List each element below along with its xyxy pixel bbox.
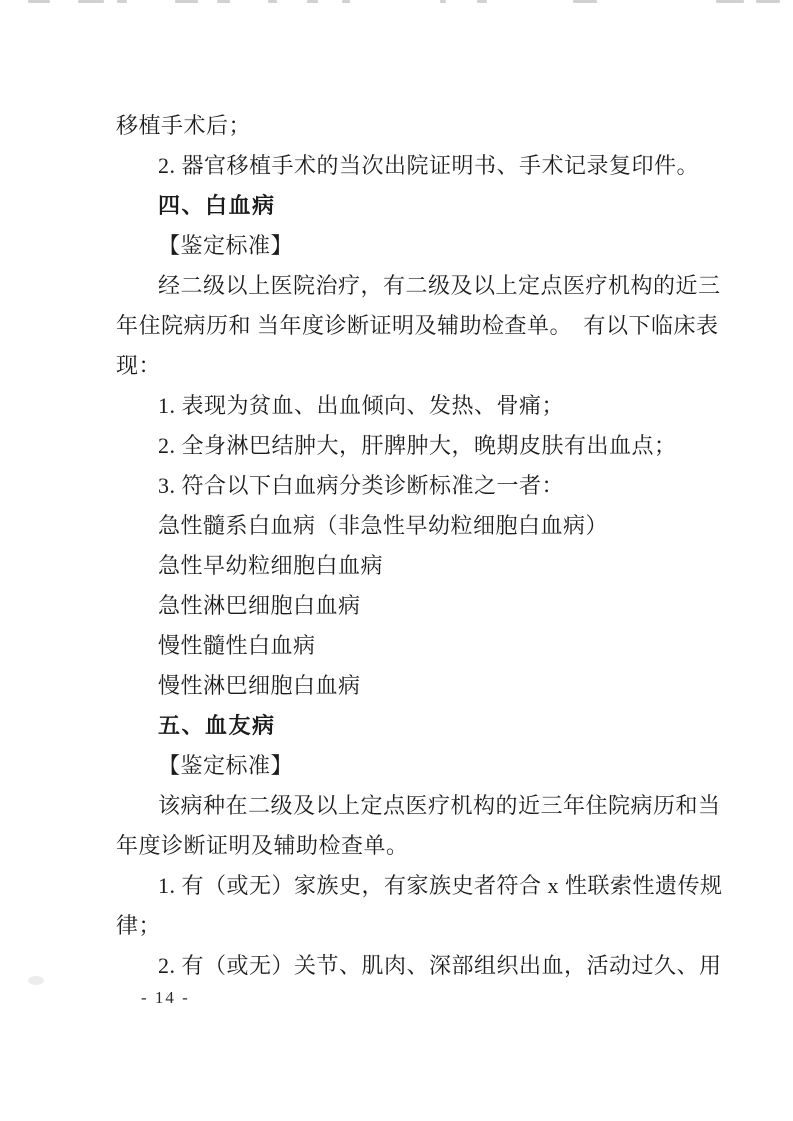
scan-artifact [217, 0, 230, 3]
heading-section-5-hemophilia: 五、血友病 [116, 706, 720, 746]
scan-artifact [756, 0, 780, 3]
scan-artifact [716, 0, 744, 3]
leukemia-type-acute-lymphoblastic: 急性淋巴细胞白血病 [116, 586, 720, 626]
leukemia-type-chronic-myeloid: 慢性髓性白血病 [116, 626, 720, 666]
list-item-1-anemia-symptoms: 1. 表现为贫血、出血倾向、发热、骨痛； [116, 386, 720, 426]
paragraph-hemophilia-criteria-line-2: 年度诊断证明及辅助检查单。 [116, 826, 720, 866]
paragraph-continuation-transplant: 移植手术后； [116, 106, 720, 146]
scan-artifact [117, 0, 127, 3]
scan-artifact [573, 0, 597, 3]
criteria-label-leukemia: 【鉴定标准】 [116, 226, 720, 266]
scan-artifact [175, 0, 198, 3]
scan-artifact [440, 0, 446, 3]
scan-artifact [28, 0, 50, 3]
scan-artifact [78, 0, 104, 3]
paragraph-leukemia-criteria-line-3: 现： [116, 346, 720, 386]
leukemia-type-chronic-lymphocytic: 慢性淋巴细胞白血病 [116, 666, 720, 706]
page-number: - 14 - [141, 988, 190, 1008]
scan-artifact [307, 0, 318, 3]
leukemia-type-acute-myeloid: 急性髓系白血病（非急性早幼粒细胞白血病） [116, 506, 720, 546]
paragraph-hemophilia-criteria-line-1: 该病种在二级及以上定点医疗机构的近三年住院病历和当 [116, 786, 720, 826]
paragraph-leukemia-criteria-line-2: 年住院病历和 当年度诊断证明及辅助检查单。 有以下临床表 [116, 306, 720, 346]
list-item-2-tissue-bleeding: 2. 有（或无）关节、肌肉、深部组织出血，活动过久、用 [116, 946, 720, 986]
criteria-label-hemophilia: 【鉴定标准】 [116, 746, 720, 786]
list-item-1-family-history: 1. 有（或无）家族史，有家族史者符合 x 性联索性遗传规 [116, 866, 720, 906]
list-item-2-lymph-node-enlargement: 2. 全身淋巴结肿大，肝脾肿大，晚期皮肤有出血点； [116, 426, 720, 466]
leukemia-type-acute-promyelocytic: 急性早幼粒细胞白血病 [116, 546, 720, 586]
scan-artifact [342, 0, 350, 3]
list-item-3-classification-criteria: 3. 符合以下白血病分类诊断标准之一者： [116, 466, 720, 506]
list-item-2-transplant-documents: 2. 器官移植手术的当次出院证明书、手术记录复印件。 [116, 146, 720, 186]
scan-smudge [28, 976, 44, 985]
list-item-1-family-history-cont: 律； [116, 906, 720, 946]
document-body: 移植手术后； 2. 器官移植手术的当次出院证明书、手术记录复印件。 四、白血病 … [116, 106, 720, 986]
paragraph-leukemia-criteria-line-1: 经二级以上医院治疗，有二级及以上定点医疗机构的近三 [116, 266, 720, 306]
heading-section-4-leukemia: 四、白血病 [116, 186, 720, 226]
document-page: 移植手术后； 2. 器官移植手术的当次出院证明书、手术记录复印件。 四、白血病 … [0, 0, 793, 1121]
scan-artifact [268, 0, 277, 3]
scan-artifact [477, 0, 487, 3]
